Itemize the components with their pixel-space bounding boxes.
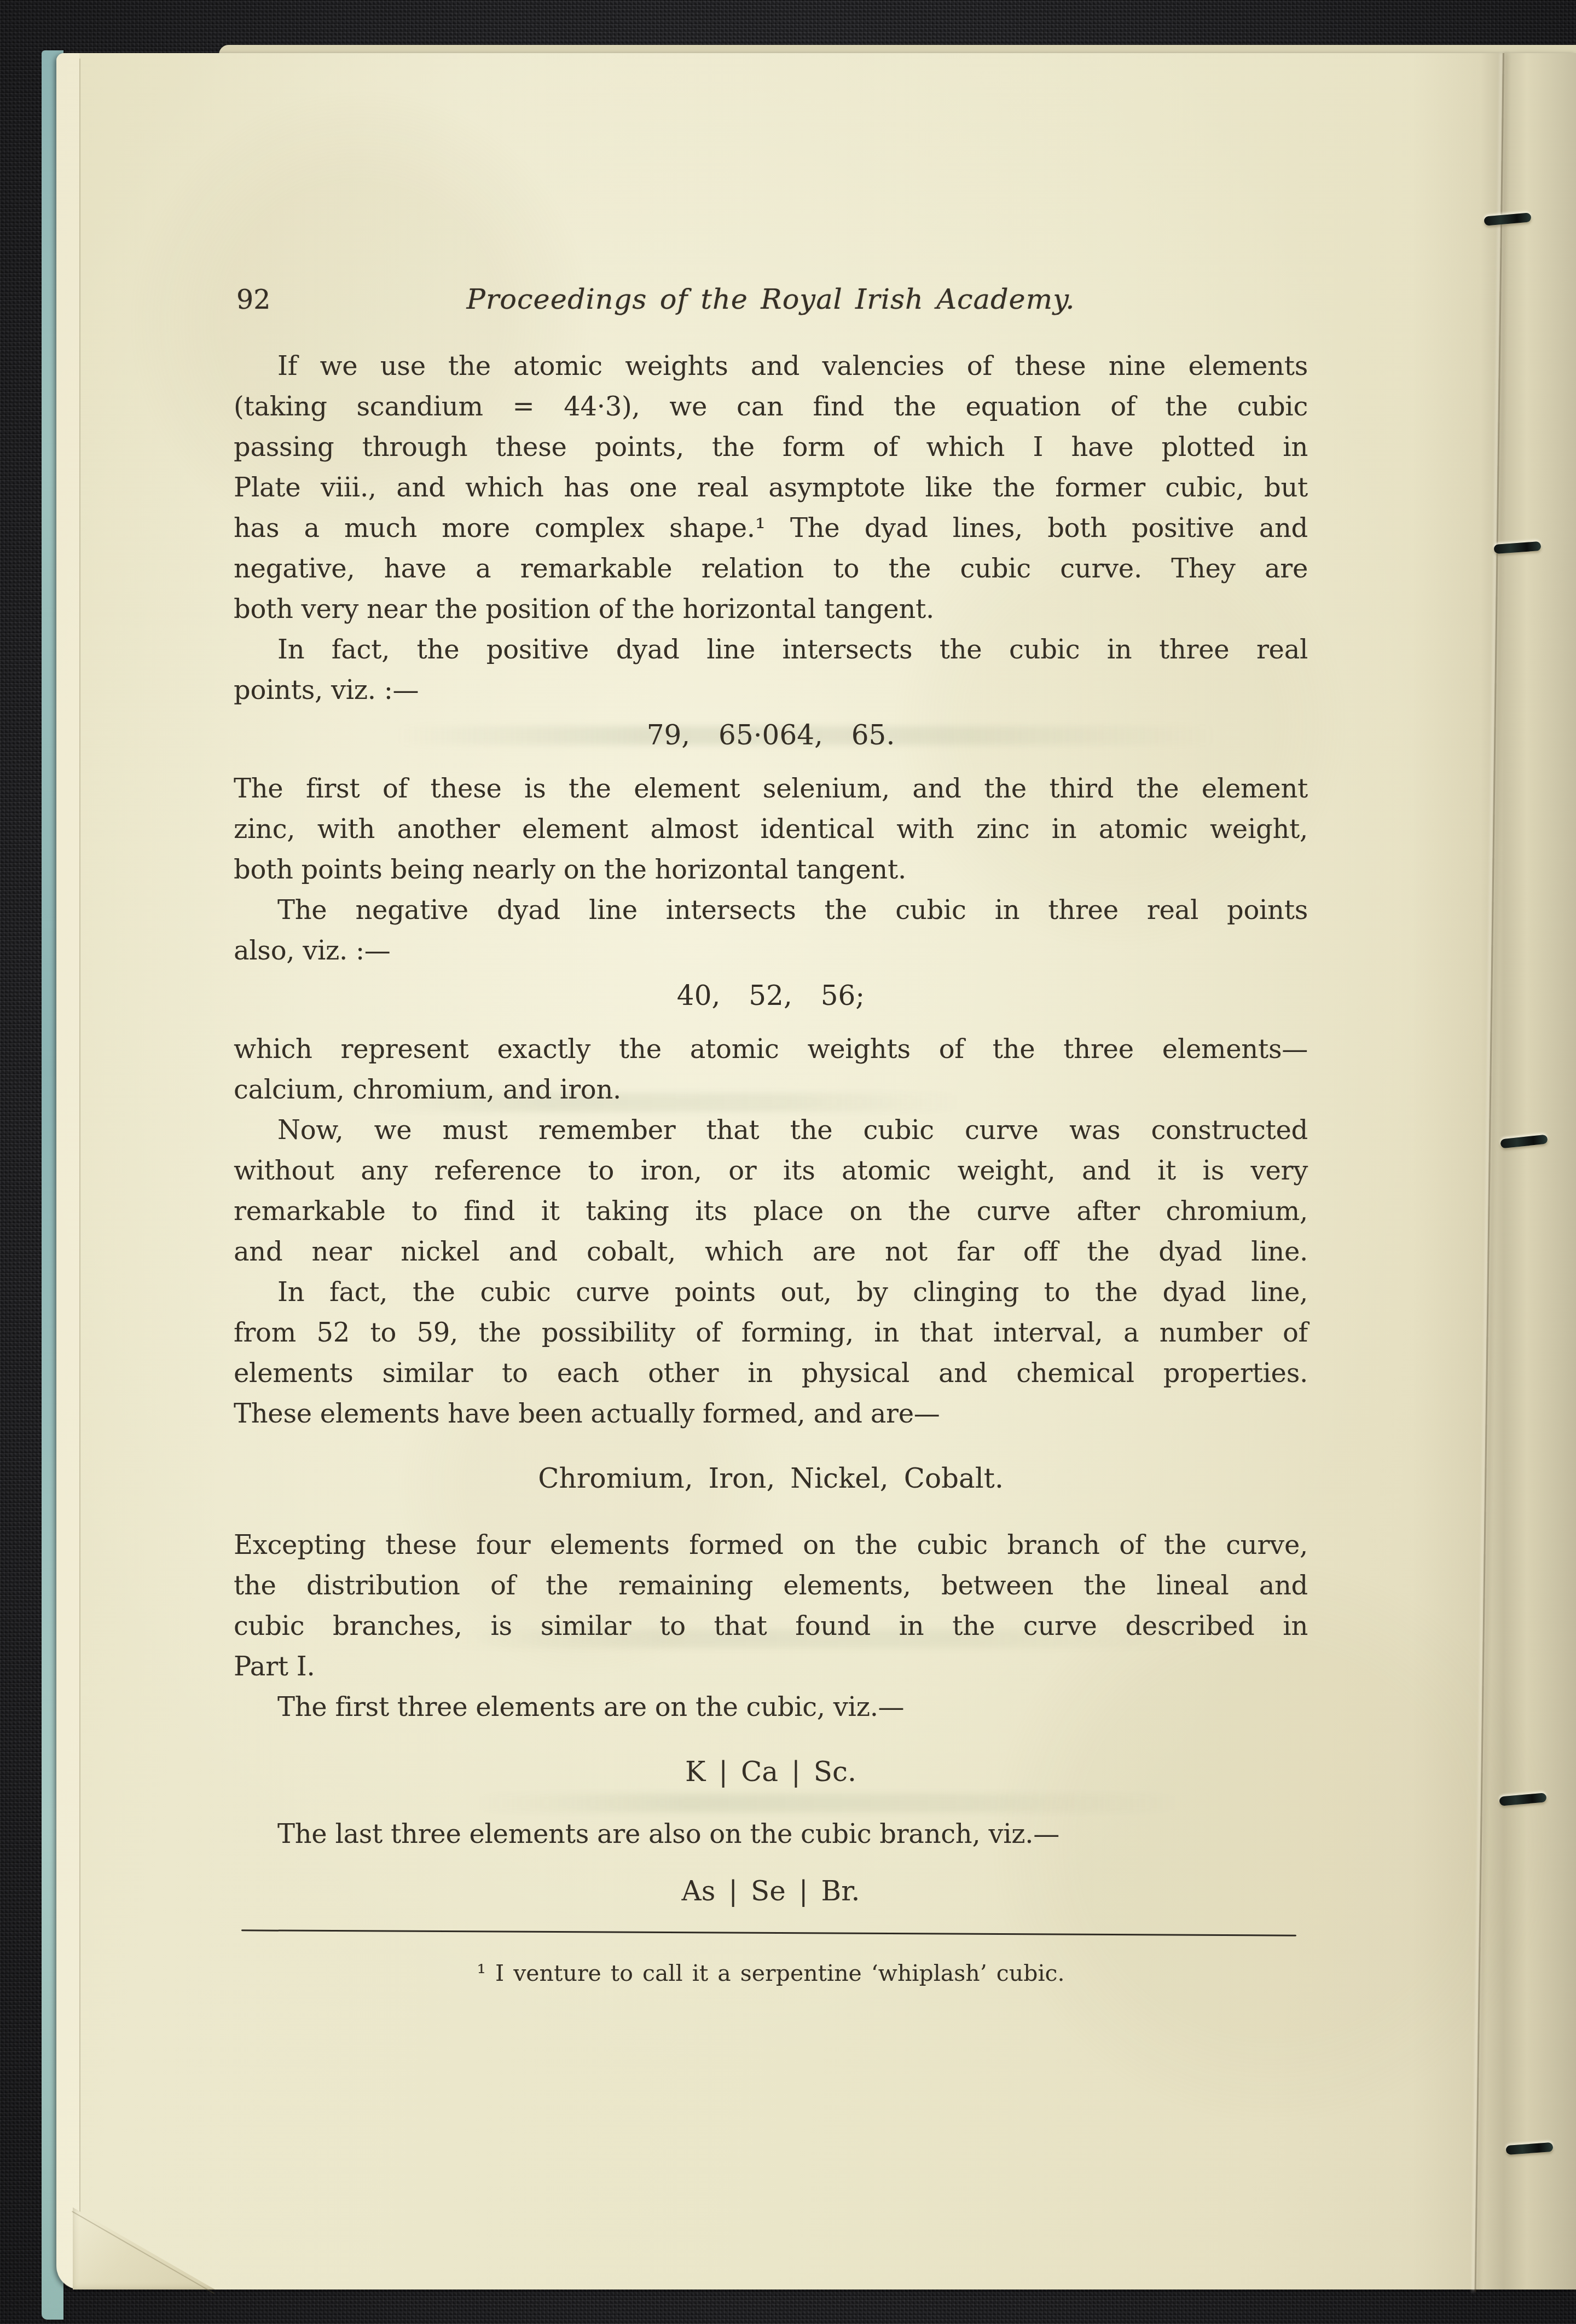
gutter-shading [1412, 53, 1576, 2290]
text-line: from 52 to 59, the possibility of formin… [234, 1313, 1308, 1353]
paragraph: If we use the atomic weights and valenci… [234, 346, 1308, 629]
text-line: (taking scandium = 44·3), we can find th… [234, 386, 1308, 427]
footnote-rule [241, 1929, 1296, 1936]
text-line: Plate viii., and which has one real asym… [234, 467, 1308, 508]
display-positive-dyad-points: 79, 65·064, 65. [234, 715, 1308, 755]
display-last-three-elements: As | Se | Br. [234, 1871, 1308, 1911]
text-line: elements similar to each other in physic… [234, 1353, 1308, 1394]
paragraph: The negative dyad line intersects the cu… [234, 890, 1308, 971]
paragraph: Excepting these four elements formed on … [234, 1525, 1308, 1687]
text-line: the distribution of the remaining elemen… [234, 1565, 1308, 1606]
display-negative-dyad-points: 40, 52, 56; [234, 975, 1308, 1016]
paragraph-first-three: The first three elements are on the cubi… [234, 1687, 1308, 1727]
text-line: Part I. [234, 1646, 1308, 1687]
text-line: cubic branches, is similar to that found… [234, 1606, 1308, 1646]
paragraph: In fact, the positive dyad line intersec… [234, 629, 1308, 710]
text-line: If we use the atomic weights and valenci… [234, 346, 1308, 386]
page-number: 92 [236, 280, 270, 320]
paragraph: which represent exactly the atomic weigh… [234, 1029, 1308, 1110]
text-line: both points being nearly on the horizont… [234, 849, 1308, 890]
text-line: negative, have a remarkable relation to … [234, 548, 1308, 589]
paragraph: Now, we must remember that the cubic cur… [234, 1110, 1308, 1272]
page-header: 92 Proceedings of the Royal Irish Academ… [234, 280, 1308, 320]
text-line: In fact, the positive dyad line intersec… [234, 629, 1308, 670]
page-body: If we use the atomic weights and valenci… [234, 346, 1308, 1990]
running-title: Proceedings of the Royal Irish Academy. [234, 280, 1308, 320]
display-formed-elements: Chromium, Iron, Nickel, Cobalt. [234, 1458, 1308, 1499]
paragraph-last-three: The last three elements are also on the … [234, 1814, 1308, 1854]
text-line: The negative dyad line intersects the cu… [234, 890, 1308, 930]
text-line: The first of these is the element seleni… [234, 768, 1308, 809]
text-line: Now, we must remember that the cubic cur… [234, 1110, 1308, 1151]
page-left-edge-crease [79, 59, 80, 2264]
dog-ear-fold [73, 2207, 215, 2290]
paragraph: In fact, the cubic curve points out, by … [234, 1272, 1308, 1434]
text-line: passing through these points, the form o… [234, 427, 1308, 467]
scanned-book-photo: { "page": { "number": "92", "running_tit… [0, 0, 1576, 2324]
text-line: points, viz. :— [234, 670, 1308, 710]
text-line: and near nickel and cobalt, which are no… [234, 1232, 1308, 1272]
text-line: without any reference to iron, or its at… [234, 1151, 1308, 1191]
text-line: which represent exactly the atomic weigh… [234, 1029, 1308, 1069]
footnote: ¹ I venture to call it a serpentine ‘whi… [234, 1957, 1308, 1990]
text-line: These elements have been actually formed… [234, 1394, 1308, 1434]
text-line: zinc, with another element almost identi… [234, 809, 1308, 849]
display-first-three-elements: K | Ca | Sc. [234, 1751, 1308, 1792]
text-line: In fact, the cubic curve points out, by … [234, 1272, 1308, 1313]
page-left-edge-strip [56, 53, 79, 2290]
text-line: Excepting these four elements formed on … [234, 1525, 1308, 1565]
text-line: has a much more complex shape.¹ The dyad… [234, 508, 1308, 548]
text-line: both very near the position of the horiz… [234, 589, 1308, 629]
paragraph: The first of these is the element seleni… [234, 768, 1308, 890]
text-line: calcium, chromium, and iron. [234, 1069, 1308, 1110]
text-line: also, viz. :— [234, 930, 1308, 971]
text-line: remarkable to find it taking its place o… [234, 1191, 1308, 1232]
